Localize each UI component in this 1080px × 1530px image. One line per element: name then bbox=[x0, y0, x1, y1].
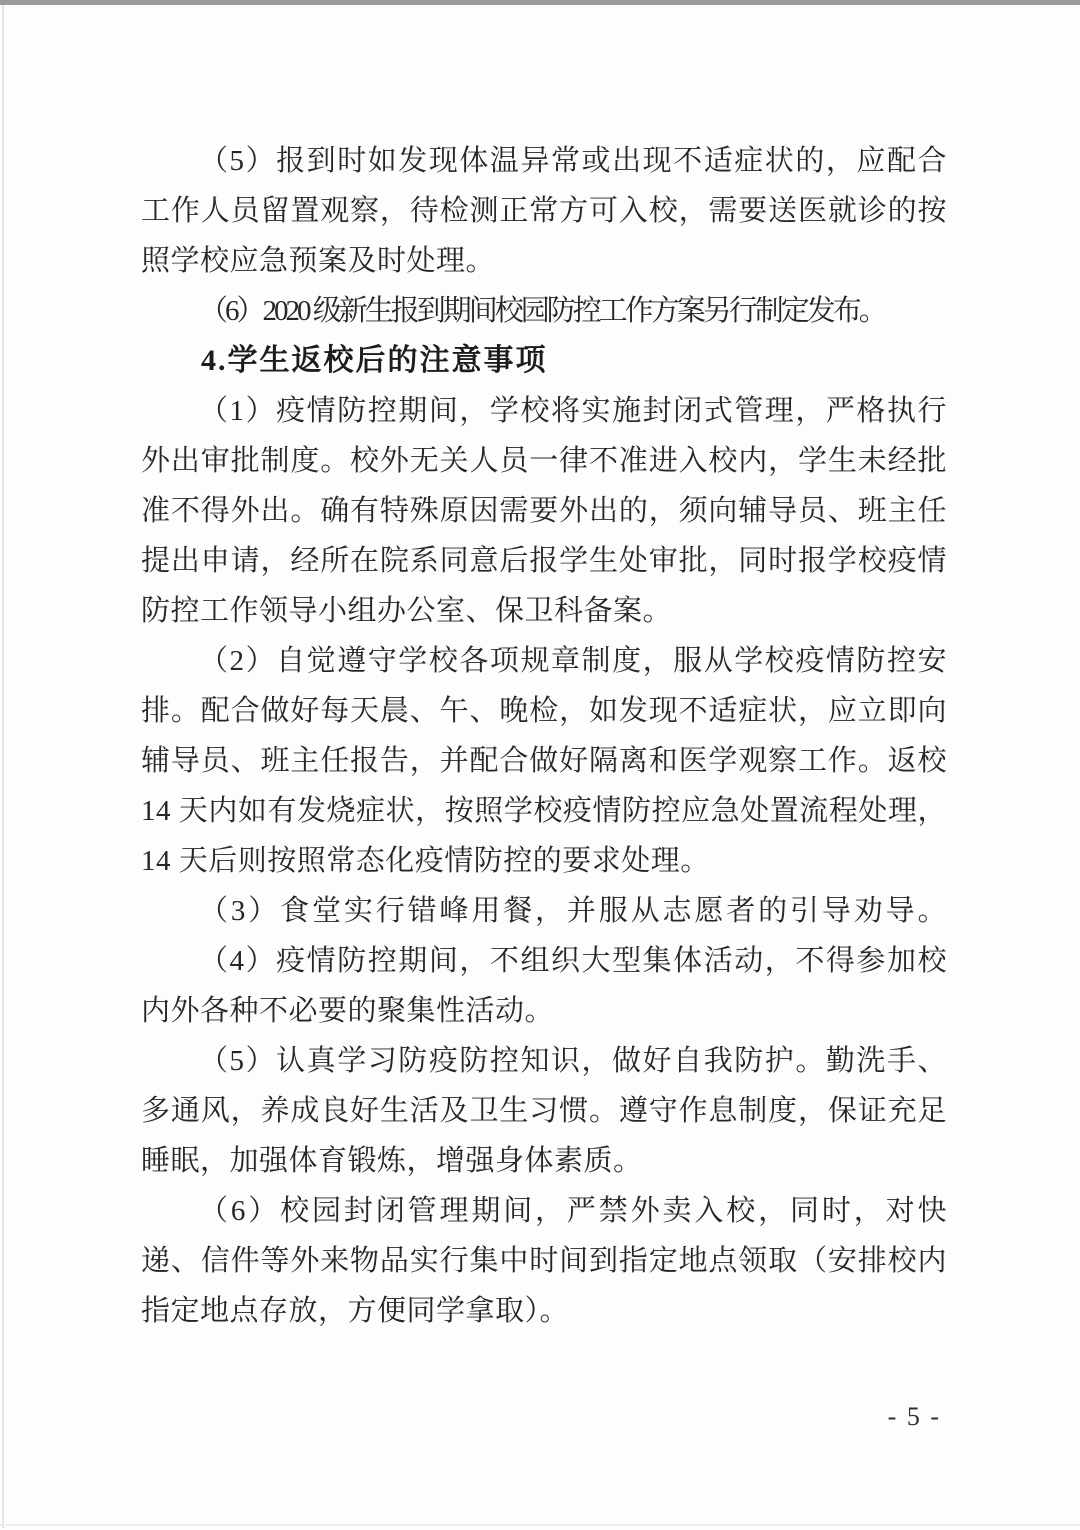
text-line: 内外各种不必要的聚集性活动。 bbox=[141, 986, 947, 1036]
text-line: （3）食堂实行错峰用餐，并服从志愿者的引导劝导。 bbox=[141, 886, 947, 936]
text-line: 递、信件等外来物品实行集中时间到指定地点领取（安排校内 bbox=[141, 1236, 947, 1286]
text-line: （2）自觉遵守学校各项规章制度，服从学校疫情防控安 bbox=[141, 636, 947, 686]
text-line: 辅导员、班主任报告，并配合做好隔离和医学观察工作。返校 bbox=[141, 736, 947, 786]
scan-bottom-edge bbox=[0, 1524, 1080, 1526]
text-line: 防控工作领导小组办公室、保卫科备案。 bbox=[141, 586, 947, 636]
text-line: （4）疫情防控期间，不组织大型集体活动，不得参加校 bbox=[141, 936, 947, 986]
text-line: 工作人员留置观察，待检测正常方可入校，需要送医就诊的按 bbox=[141, 186, 947, 236]
scan-left-edge bbox=[2, 5, 4, 1528]
page-body-text: （5）报到时如发现体温异常或出现不适症状的，应配合 工作人员留置观察，待检测正常… bbox=[141, 136, 947, 1336]
text-line: 提出申请，经所在院系同意后报学生处审批，同时报学校疫情 bbox=[141, 536, 947, 586]
text-line: 14 天后则按照常态化疫情防控的要求处理。 bbox=[141, 836, 947, 886]
text-line: 睡眠，加强体育锻炼，增强身体素质。 bbox=[141, 1136, 947, 1186]
text-line: （6）2020 级新生报到期间校园防控工作方案另行制定发布。 bbox=[141, 286, 947, 336]
text-line: （5）报到时如发现体温异常或出现不适症状的，应配合 bbox=[141, 136, 947, 186]
text-line: 14 天内如有发烧症状，按照学校疫情防控应急处置流程处理， bbox=[141, 786, 947, 836]
text-line: 多通风，养成良好生活及卫生习惯。遵守作息制度，保证充足 bbox=[141, 1086, 947, 1136]
text-line: 外出审批制度。校外无关人员一律不准进入校内，学生未经批 bbox=[141, 436, 947, 486]
section-heading: 4.学生返校后的注意事项 bbox=[141, 336, 947, 386]
text-line: （1）疫情防控期间，学校将实施封闭式管理，严格执行 bbox=[141, 386, 947, 436]
page-number: - 5 - bbox=[888, 1402, 941, 1432]
text-line: （6）校园封闭管理期间，严禁外卖入校，同时，对快 bbox=[141, 1186, 947, 1236]
text-line: 排。配合做好每天晨、午、晚检，如发现不适症状，应立即向 bbox=[141, 686, 947, 736]
text-line: 照学校应急预案及时处理。 bbox=[141, 236, 947, 286]
text-line: 准不得外出。确有特殊原因需要外出的，须向辅导员、班主任 bbox=[141, 486, 947, 536]
text-line: 指定地点存放，方便同学拿取）。 bbox=[141, 1286, 947, 1336]
scan-top-edge bbox=[0, 0, 1080, 5]
text-line: （5）认真学习防疫防控知识，做好自我防护。勤洗手、 bbox=[141, 1036, 947, 1086]
document-page: （5）报到时如发现体温异常或出现不适症状的，应配合 工作人员留置观察，待检测正常… bbox=[0, 0, 1080, 1530]
